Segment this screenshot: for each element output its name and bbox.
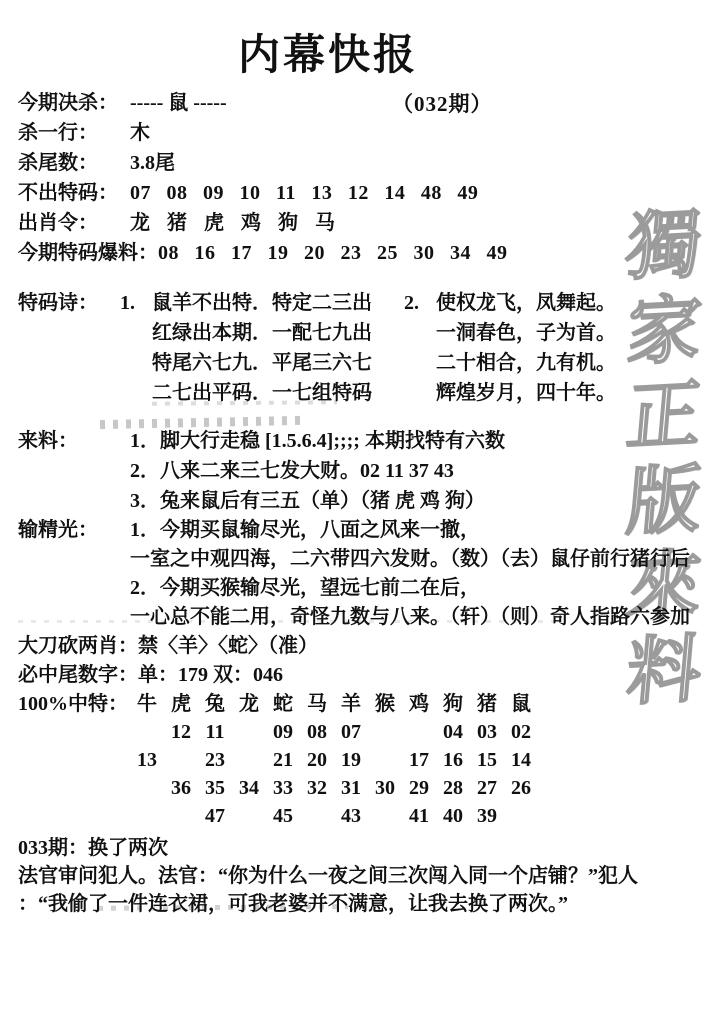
list-item: 1．脚大行走稳 [1.5.6.4];;;; 本期找特有六数 (130, 426, 505, 456)
info-line-hot-numbers: 今期特码爆料：08 16 17 19 20 23 25 30 34 49 (18, 238, 705, 268)
bizhong-value: 单：179 双：046 (138, 664, 283, 686)
info-label: 今期决杀： (18, 88, 130, 118)
text-line: 2．今期买猴输尽光，望远七前二在后， (130, 574, 690, 603)
number-cell: 36 (164, 774, 198, 802)
number-cell: 43 (334, 802, 368, 830)
number-row: 47 45 43 41 40 39 (130, 802, 705, 830)
info-line-tail: 杀尾数：3.8尾 (18, 148, 705, 178)
poem-line: 鼠羊不出特．特定二三出 (152, 288, 404, 318)
number-cell: 41 (402, 802, 436, 830)
number-cell: 12 (164, 718, 198, 746)
number-cell: 30 (368, 774, 402, 802)
zodiac-cell: 鸡 (402, 690, 436, 718)
info-line-kill: 今期决杀：----- 鼠 ----- (18, 88, 705, 118)
number-cell: 40 (436, 802, 470, 830)
info-label: 杀尾数： (18, 148, 130, 178)
number-cell (232, 746, 266, 774)
zodiac-cell: 猴 (368, 690, 402, 718)
zodiac-cell: 虎 (164, 690, 198, 718)
zodiac-header-row: 牛 虎 兔 龙 蛇 马 羊 猴 鸡 狗 猪 鼠 (130, 690, 705, 718)
info-label: 今期特码爆料： (18, 238, 158, 268)
lailiao-label: 来料： (18, 426, 130, 516)
number-cell: 34 (232, 774, 266, 802)
number-cell: 03 (470, 718, 504, 746)
zodiac-cell: 鼠 (504, 690, 538, 718)
joke-line: ：“我偷了一件连衣裙，可我老婆并不满意，让我去换了两次。” (18, 890, 705, 918)
footer-section: 033期：换了两次 法官审问犯人。法官：“你为什么一夜之间三次闯入同一个店铺？”… (18, 834, 705, 918)
number-cell: 21 (266, 746, 300, 774)
info-value: 08 16 17 19 20 23 25 30 34 49 (158, 242, 508, 264)
poem-line: 二七出平码．一七组特码 (152, 378, 404, 408)
zhongte-label: 100%中特： (18, 690, 128, 718)
number-cell: 19 (334, 746, 368, 774)
number-cell: 23 (198, 746, 232, 774)
text-line: 一心总不能二用，奇怪九数与八来。（轩）（则）奇人指路六参加 (130, 603, 690, 632)
text-line: 一室之中观四海，二六带四六发财。（数）（去）鼠仔前行猪行后 (130, 545, 690, 574)
number-cell: 11 (198, 718, 232, 746)
info-line-zodiac-order: 出肖令：龙 猪 虎 鸡 狗 马 (18, 208, 705, 238)
shujingguang-section: 输精光： 1．今期买鼠输尽光，八面之风来一撤， 一室之中观四海，二六带四六发财。… (18, 516, 705, 632)
poem-line: 特尾六七九．平尾三六七 (152, 348, 404, 378)
zodiac-cell: 蛇 (266, 690, 300, 718)
number-cell: 45 (266, 802, 300, 830)
poem-line: 一洞春色，子为首。 (436, 318, 616, 348)
number-cell (130, 718, 164, 746)
info-line-element: 杀一行：木 (18, 118, 705, 148)
number-cell (164, 802, 198, 830)
number-cell: 07 (334, 718, 368, 746)
number-cell (368, 718, 402, 746)
joke-line: 法官审问犯人。法官：“你为什么一夜之间三次闯入同一个店铺？”犯人 (18, 862, 705, 890)
number-cell (504, 802, 538, 830)
number-cell: 47 (198, 802, 232, 830)
number-cell (232, 718, 266, 746)
number-cell: 15 (470, 746, 504, 774)
info-label: 不出特码： (18, 178, 130, 208)
number-cell: 28 (436, 774, 470, 802)
text-line: 1．今期买鼠输尽光，八面之风来一撤， (130, 516, 690, 545)
lailiao-section: 来料： 1．脚大行走稳 [1.5.6.4];;;; 本期找特有六数 2．八来二来… (18, 426, 705, 516)
dadao-value: 禁〈羊〉〈蛇〉（准） (138, 635, 318, 657)
zhongte-table: 100%中特： 牛 虎 兔 龙 蛇 马 羊 猴 鸡 狗 猪 鼠 12 11 09 (18, 690, 705, 830)
poem-number-2: 2. (404, 288, 436, 408)
number-cell (130, 774, 164, 802)
info-label: 杀一行： (18, 118, 130, 148)
bizhong-line: 必中尾数字：单：179 双：046 (18, 661, 705, 690)
page-title: 内幕快报 (18, 30, 638, 82)
number-cell: 20 (300, 746, 334, 774)
number-cell (130, 802, 164, 830)
number-cell: 35 (198, 774, 232, 802)
number-cell (368, 802, 402, 830)
number-cell: 14 (504, 746, 538, 774)
poem-line: 辉煌岁月，四十年。 (436, 378, 616, 408)
number-cell: 29 (402, 774, 436, 802)
info-value: ----- 鼠 ----- (130, 92, 227, 114)
content-column: 内幕快报 （032期） 今期决杀：----- 鼠 ----- 杀一行：木 杀尾数… (0, 0, 705, 918)
number-cell: 31 (334, 774, 368, 802)
info-label: 出肖令： (18, 208, 130, 238)
number-row: 36 35 34 33 32 31 30 29 28 27 26 (130, 774, 705, 802)
number-cell (402, 718, 436, 746)
zodiac-cell: 羊 (334, 690, 368, 718)
number-cell: 13 (130, 746, 164, 774)
poem-line: 二十相合，九有机。 (436, 348, 616, 378)
number-cell: 02 (504, 718, 538, 746)
poem-line: 红绿出本期．一配七九出 (152, 318, 404, 348)
zodiac-cell: 牛 (130, 690, 164, 718)
poem-label: 特码诗： (18, 288, 120, 408)
number-cell (300, 802, 334, 830)
zodiac-cell: 龙 (232, 690, 266, 718)
number-cell: 17 (402, 746, 436, 774)
info-value: 木 (130, 122, 150, 144)
number-cell (164, 746, 198, 774)
number-cell (368, 746, 402, 774)
bizhong-label: 必中尾数字： (18, 664, 138, 686)
tip-sheet-page: 獨 家 正 版 來 料 内幕快报 （032期） 今期决杀：----- 鼠 ---… (0, 0, 723, 1024)
issue-number: （032期） (392, 88, 493, 118)
number-cell: 32 (300, 774, 334, 802)
number-cell: 04 (436, 718, 470, 746)
lailiao-items: 1．脚大行走稳 [1.5.6.4];;;; 本期找特有六数 2．八来二来三七发大… (130, 426, 505, 516)
shujingguang-lines: 1．今期买鼠输尽光，八面之风来一撤， 一室之中观四海，二六带四六发财。（数）（去… (130, 516, 690, 632)
number-cell: 33 (266, 774, 300, 802)
number-cell: 09 (266, 718, 300, 746)
number-row: 13 23 21 20 19 17 16 15 14 (130, 746, 705, 774)
poem-column-1: 鼠羊不出特．特定二三出 红绿出本期．一配七九出 特尾六七九．平尾三六七 二七出平… (152, 288, 404, 408)
shujingguang-label: 输精光： (18, 516, 130, 632)
number-cell: 26 (504, 774, 538, 802)
poem-column-2: 使权龙飞，凤舞起。 一洞春色，子为首。 二十相合，九有机。 辉煌岁月，四十年。 (436, 288, 616, 408)
poem-line: 使权龙飞，凤舞起。 (436, 288, 616, 318)
number-cell: 27 (470, 774, 504, 802)
info-line-excluded-numbers: 不出特码：07 08 09 10 11 13 12 14 48 49 (18, 178, 705, 208)
number-cell: 39 (470, 802, 504, 830)
number-row: 12 11 09 08 07 04 03 02 (130, 718, 705, 746)
list-item: 3．兔来鼠后有三五（单）（猪 虎 鸡 狗） (130, 486, 505, 516)
number-cell: 08 (300, 718, 334, 746)
list-item: 2．八来二来三七发大财。02 11 37 43 (130, 456, 505, 486)
dadao-label: 大刀砍两肖： (18, 635, 138, 657)
zodiac-cell: 狗 (436, 690, 470, 718)
dadao-line: 大刀砍两肖：禁〈羊〉〈蛇〉（准） (18, 632, 705, 661)
zodiac-cell: 猪 (470, 690, 504, 718)
number-cell: 16 (436, 746, 470, 774)
info-value: 3.8尾 (130, 152, 175, 174)
number-cell (232, 802, 266, 830)
poem-section: 特码诗： 1. 鼠羊不出特．特定二三出 红绿出本期．一配七九出 特尾六七九．平尾… (18, 288, 705, 408)
next-issue-line: 033期：换了两次 (18, 834, 705, 862)
zodiac-cell: 马 (300, 690, 334, 718)
info-value: 龙 猪 虎 鸡 狗 马 (130, 212, 335, 234)
info-value: 07 08 09 10 11 13 12 14 48 49 (130, 182, 478, 204)
zodiac-cell: 兔 (198, 690, 232, 718)
poem-number-1: 1. (120, 288, 152, 408)
